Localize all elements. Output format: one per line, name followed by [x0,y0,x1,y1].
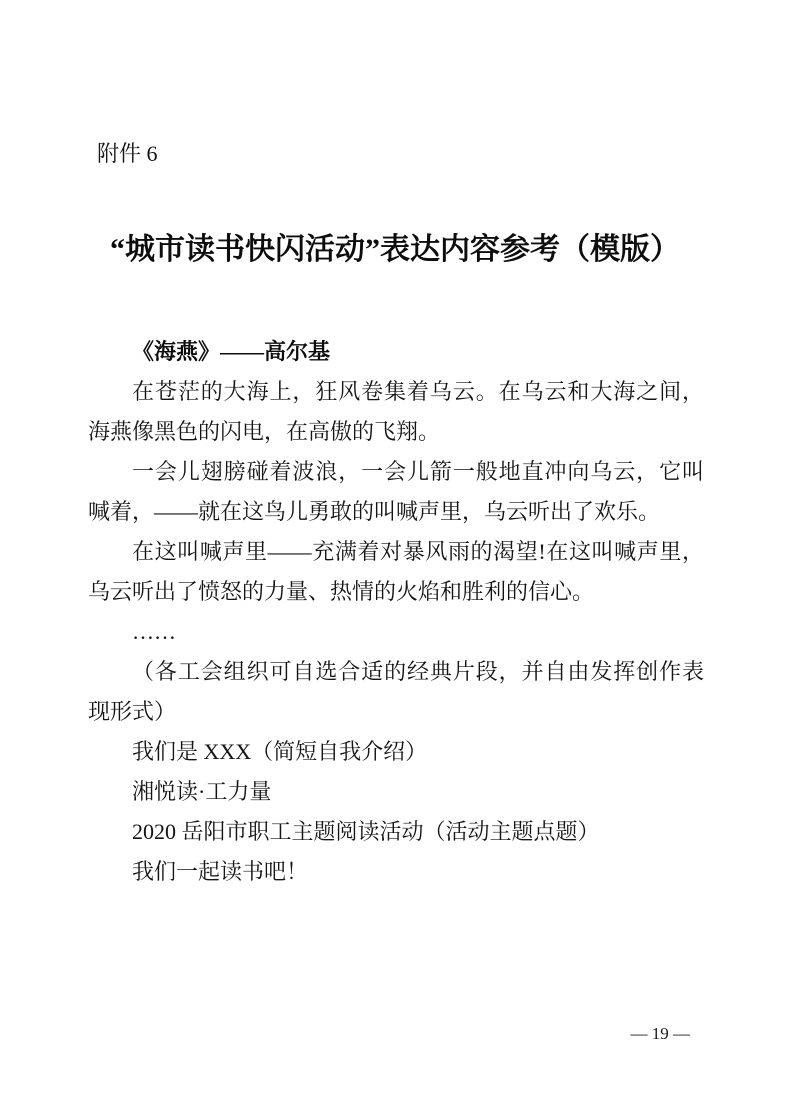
page-title: “城市读书快闪活动”表达内容参考（模版） [0,230,790,270]
body-line: 湘悦读·工力量 [88,772,704,812]
body-line: 海燕像黑色的闪电，在高傲的飞翔。 [88,412,704,452]
body-line: …… [88,612,704,652]
body-line: 我们一起读书吧！ [88,852,704,892]
body-line: 在苍茫的大海上，狂风卷集着乌云。在乌云和大海之间， [88,372,704,412]
body-line: 喊着，——就在这鸟儿勇敢的叫喊声里，乌云听出了欢乐。 [88,492,704,532]
page-number: — 19 — [631,1022,691,1046]
document-body: 《海燕》——高尔基 在苍茫的大海上，狂风卷集着乌云。在乌云和大海之间，海燕像黑色… [88,332,704,892]
body-line: 一会儿翅膀碰着波浪，一会儿箭一般地直冲向乌云，它叫 [88,452,704,492]
work-title: 《海燕》——高尔基 [88,332,704,372]
attachment-label: 附件 6 [97,141,158,167]
body-line: 在这叫喊声里——充满着对暴风雨的渴望!在这叫喊声里， [88,532,704,572]
body-line: 2020 岳阳市职工主题阅读活动（活动主题点题） [88,812,704,852]
body-line: 我们是 XXX（简短自我介绍） [88,732,704,772]
document-page: 附件 6 “城市读书快闪活动”表达内容参考（模版） 《海燕》——高尔基 在苍茫的… [0,0,790,1118]
body-line: 现形式） [88,692,704,732]
body-line: 乌云听出了愤怒的力量、热情的火焰和胜利的信心。 [88,572,704,612]
body-line: （各工会组织可自选合适的经典片段，并自由发挥创作表 [88,652,704,692]
body-lines: 在苍茫的大海上，狂风卷集着乌云。在乌云和大海之间，海燕像黑色的闪电，在高傲的飞翔… [88,372,704,892]
